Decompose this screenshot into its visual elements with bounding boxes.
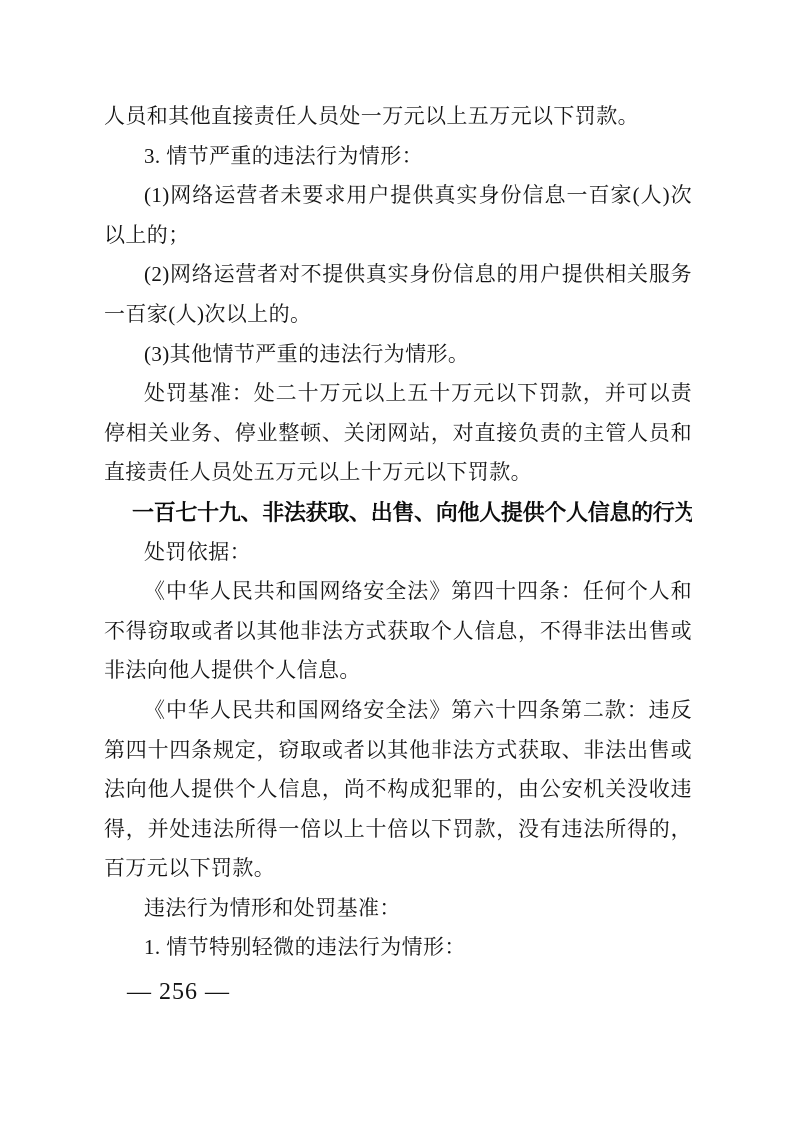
text-line: 3. 情节严重的违法行为情形： bbox=[104, 137, 692, 177]
text-line: 得，并处违法所得一倍以上十倍以下罚款，没有违法所得的，处一 bbox=[104, 810, 692, 850]
text-line: (3)其他情节严重的违法行为情形。 bbox=[104, 335, 692, 375]
text-line: 《中华人民共和国网络安全法》第六十四条第二款：违反本法 bbox=[104, 691, 692, 731]
text-line: 法向他人提供个人信息，尚不构成犯罪的，由公安机关没收违法所 bbox=[104, 770, 692, 810]
text-line: (2)网络运营者对不提供真实身份信息的用户提供相关服务 bbox=[104, 255, 692, 295]
text-line: 1. 情节特别轻微的违法行为情形： bbox=[104, 928, 692, 968]
text-line: 直接责任人员处五万元以上十万元以下罚款。 bbox=[104, 453, 692, 493]
text-line: 处罚依据： bbox=[104, 533, 692, 573]
text-line: 违法行为情形和处罚基准： bbox=[104, 889, 692, 929]
section-heading: 一百七十九、非法获取、出售、向他人提供个人信息的行为 bbox=[104, 493, 692, 533]
text-line: 以上的； bbox=[104, 216, 692, 256]
text-line: 不得窃取或者以其他非法方式获取个人信息，不得非法出售或者 bbox=[104, 612, 692, 652]
text-line: 《中华人民共和国网络安全法》第四十四条：任何个人和组织 bbox=[104, 572, 692, 612]
text-line: 人员和其他直接责任人员处一万元以上五万元以下罚款。 bbox=[104, 97, 692, 137]
text-line: 一百家(人)次以上的。 bbox=[104, 295, 692, 335]
text-line: 第四十四条规定，窃取或者以其他非法方式获取、非法出售或者非 bbox=[104, 731, 692, 771]
text-line: (1)网络运营者未要求用户提供真实身份信息一百家(人)次 bbox=[104, 176, 692, 216]
text-line: 非法向他人提供个人信息。 bbox=[104, 651, 692, 691]
text-line: 停相关业务、停业整顿、关闭网站，对直接负责的主管人员和其他 bbox=[104, 414, 692, 454]
page-number: — 256 — bbox=[104, 976, 692, 1008]
text-line: 百万元以下罚款。 bbox=[104, 849, 692, 889]
text-line: 处罚基准：处二十万元以上五十万元以下罚款，并可以责令暂 bbox=[104, 374, 692, 414]
document-page: 人员和其他直接责任人员处一万元以上五万元以下罚款。 3. 情节严重的违法行为情形… bbox=[0, 0, 793, 1122]
